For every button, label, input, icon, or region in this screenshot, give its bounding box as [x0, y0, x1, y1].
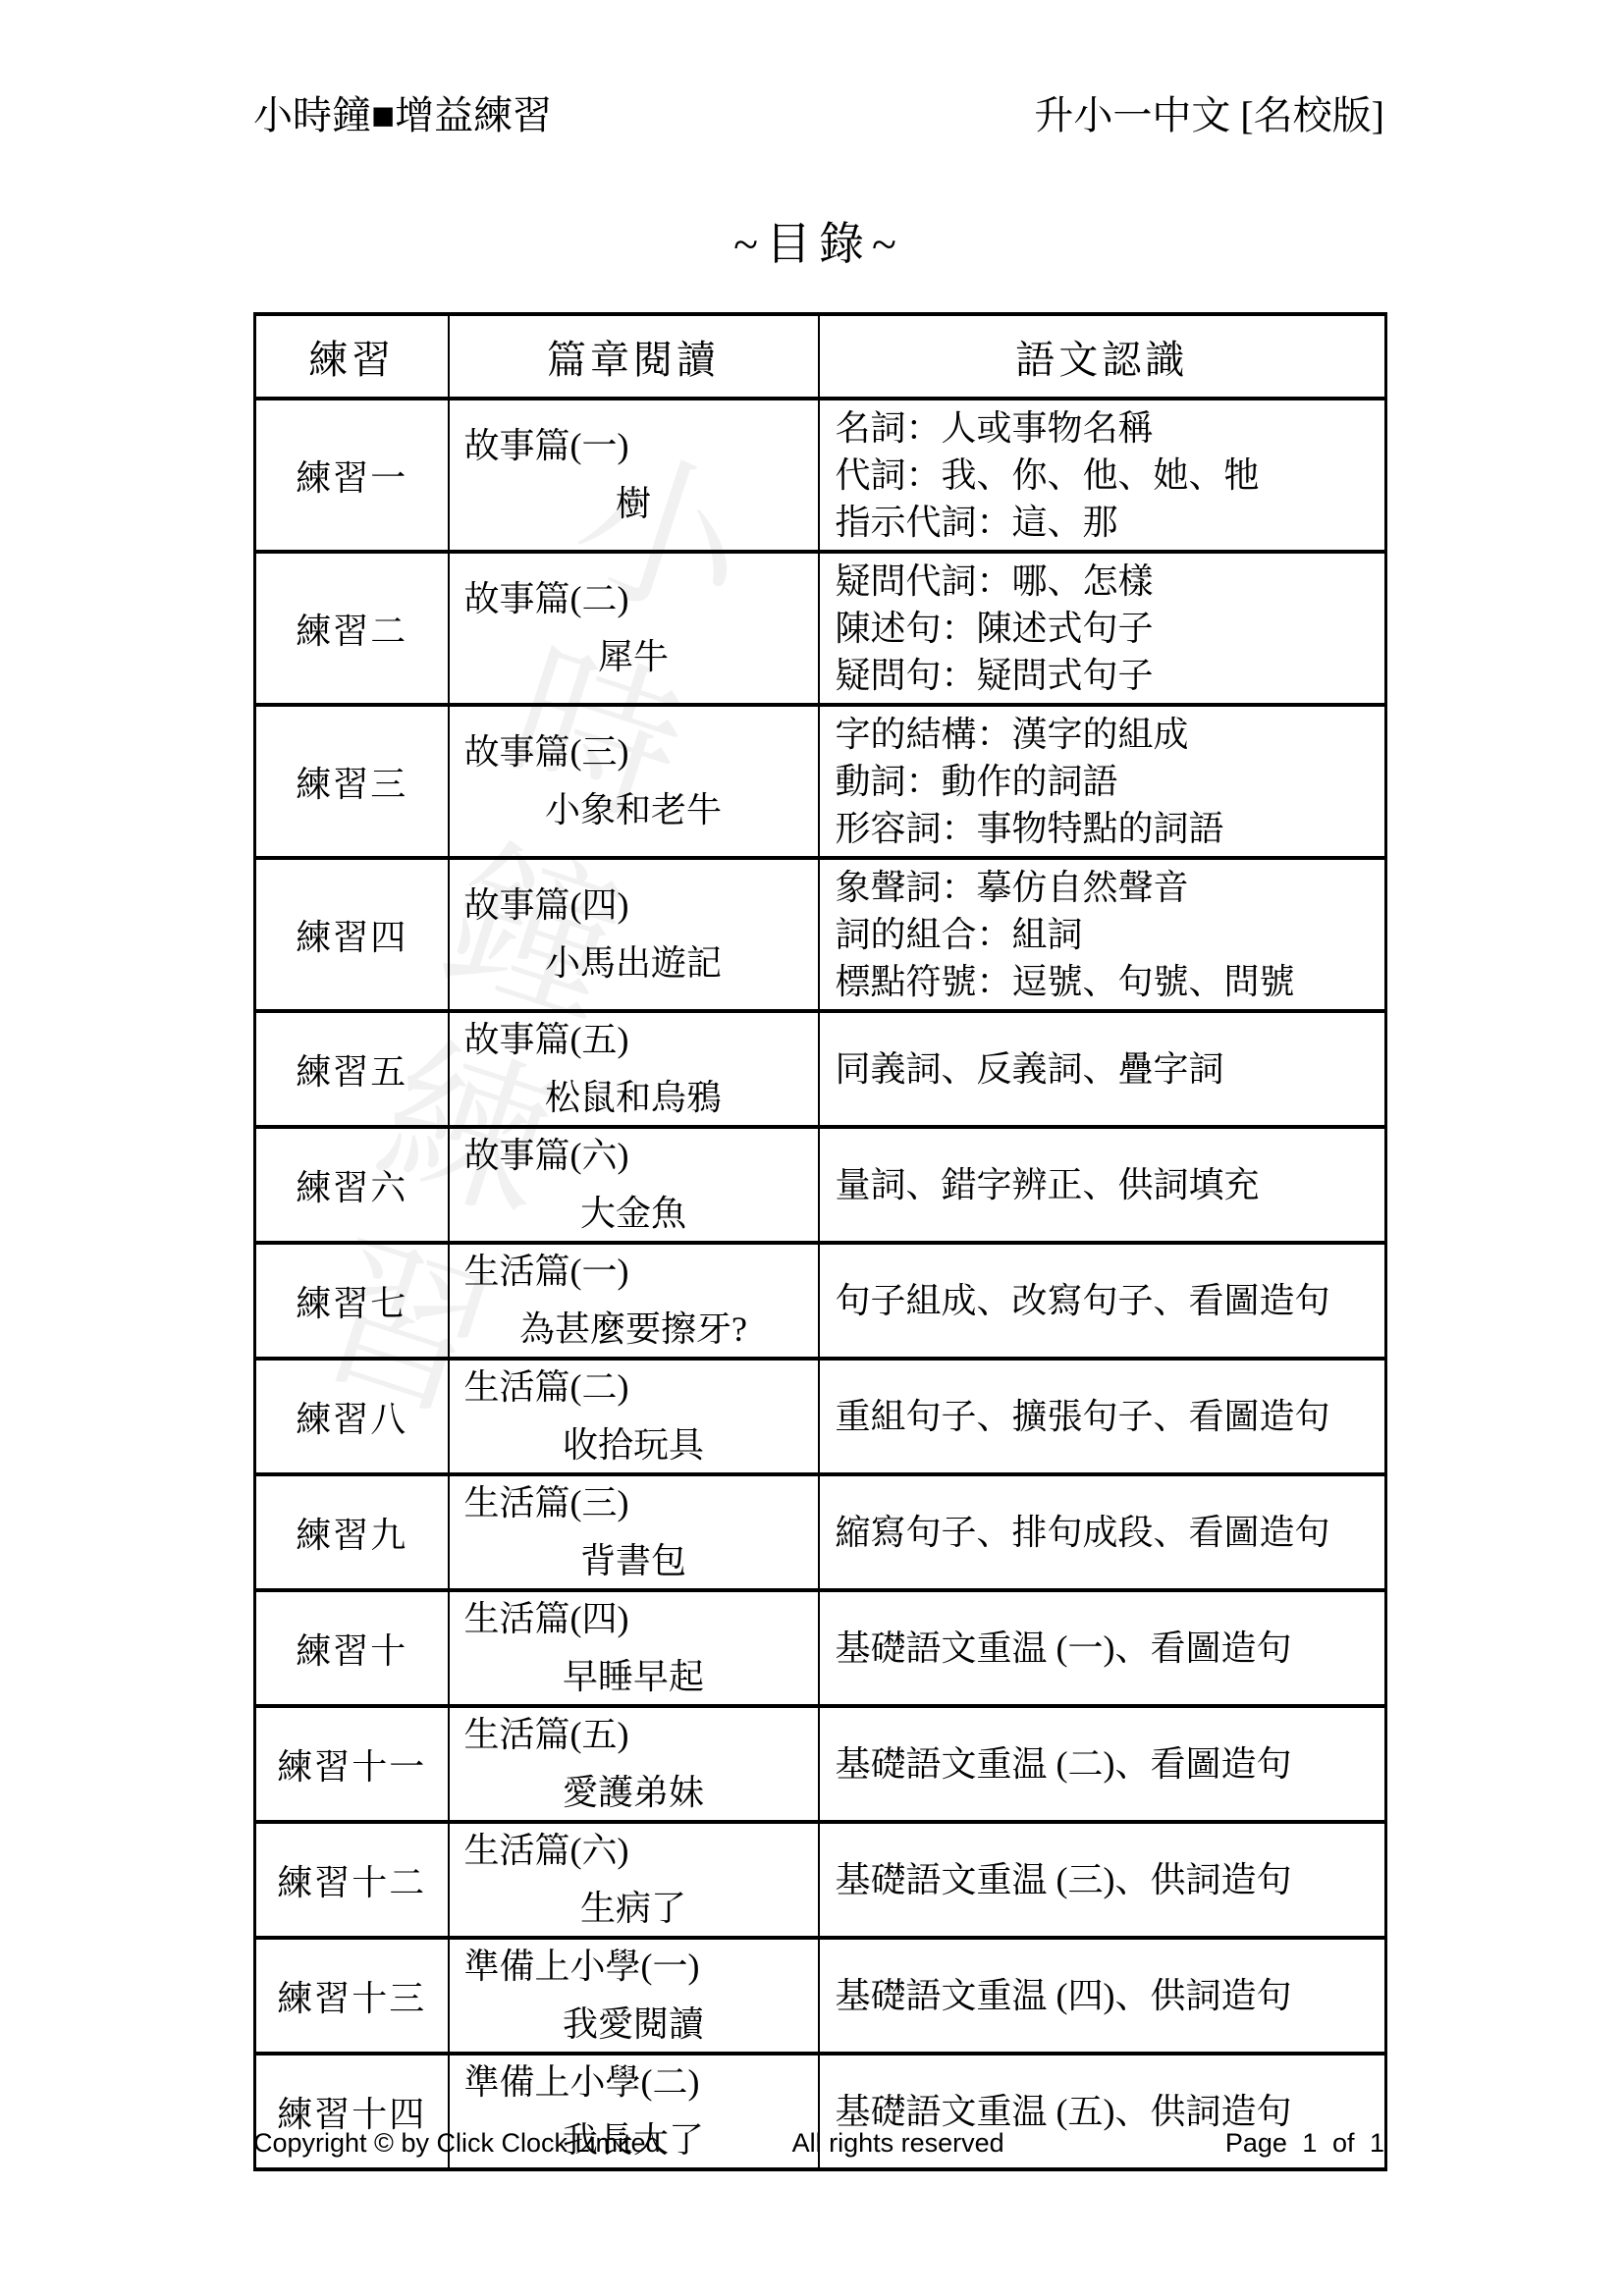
document-header: 小時鐘■增益練習 升小一中文 [名校版] — [253, 94, 1384, 137]
header-edition-title: 升小一中文 [名校版] — [1034, 94, 1384, 137]
passage-cell: 生活篇(二) 收拾玩具 — [449, 1359, 819, 1474]
passage-category: 準備上小學(二) — [451, 2061, 817, 2104]
passage-category: 生活篇(五) — [451, 1714, 817, 1756]
passage-title: 背書包 — [451, 1524, 817, 1582]
passage-title: 樹 — [451, 467, 817, 525]
exercise-label: 練習四 — [255, 858, 449, 1011]
table-row: 練習八 生活篇(二) 收拾玩具 重組句子、擴張句子、看圖造句 — [255, 1359, 1386, 1474]
language-cell: 基礎語文重温 (三)、供詞造句 — [819, 1822, 1386, 1938]
rights-text: All rights reserved — [792, 2128, 1004, 2159]
passage-title: 小馬出遊記 — [451, 927, 817, 985]
passage-category: 故事篇(四) — [451, 884, 817, 927]
table-row: 練習六 故事篇(六) 大金魚 量詞、錯字辨正、供詞填充 — [255, 1127, 1386, 1243]
passage-title: 早睡早起 — [451, 1640, 817, 1698]
passage-cell: 準備上小學(一) 我愛閱讀 — [449, 1938, 819, 2054]
copyright-text: Copyright © by Click Clock Limited — [253, 2128, 661, 2159]
passage-category: 故事篇(二) — [451, 578, 817, 620]
table-row: 練習十三 準備上小學(一) 我愛閱讀 基礎語文重温 (四)、供詞造句 — [255, 1938, 1386, 2054]
contents-table: 練習 篇章閱讀 語文認識 練習一 故事篇(一) 樹 名詞：人或事物名稱 代詞：我… — [253, 312, 1387, 2171]
passage-title: 生病了 — [451, 1872, 817, 1930]
passage-title: 我愛閱讀 — [451, 1988, 817, 2046]
passage-cell: 故事篇(二) 犀牛 — [449, 552, 819, 705]
exercise-label: 練習一 — [255, 399, 449, 552]
exercise-label: 練習十 — [255, 1590, 449, 1706]
passage-category: 故事篇(五) — [451, 1019, 817, 1061]
passage-category: 故事篇(六) — [451, 1135, 817, 1177]
exercise-label: 練習十三 — [255, 1938, 449, 2054]
passage-title: 松鼠和烏鴉 — [451, 1061, 817, 1119]
language-cell: 重組句子、擴張句子、看圖造句 — [819, 1359, 1386, 1474]
exercise-label: 練習二 — [255, 552, 449, 705]
page-number: Page 1 of 1 — [1225, 2128, 1384, 2159]
language-cell: 量詞、錯字辨正、供詞填充 — [819, 1127, 1386, 1243]
language-line: 基礎語文重温 (一)、看圖造句 — [836, 1625, 1380, 1672]
passage-cell: 生活篇(六) 生病了 — [449, 1822, 819, 1938]
language-line: 疑問代詞：哪、怎樣 — [836, 558, 1380, 605]
language-cell: 名詞：人或事物名稱 代詞：我、你、他、她、牠 指示代詞：這、那 — [819, 399, 1386, 552]
exercise-label: 練習十一 — [255, 1706, 449, 1822]
language-line: 基礎語文重温 (二)、看圖造句 — [836, 1740, 1380, 1788]
language-cell: 字的結構：漢字的組成 動詞：動作的詞語 形容詞：事物特點的詞語 — [819, 705, 1386, 858]
language-cell: 象聲詞：摹仿自然聲音 詞的組合：組詞 標點符號：逗號、句號、問號 — [819, 858, 1386, 1011]
exercise-label: 練習七 — [255, 1243, 449, 1359]
passage-title: 為甚麼要擦牙? — [451, 1293, 817, 1351]
exercise-label: 練習十二 — [255, 1822, 449, 1938]
exercise-label: 練習六 — [255, 1127, 449, 1243]
table-row: 練習九 生活篇(三) 背書包 縮寫句子、排句成段、看圖造句 — [255, 1474, 1386, 1590]
passage-cell: 故事篇(五) 松鼠和烏鴉 — [449, 1011, 819, 1127]
exercise-label: 練習五 — [255, 1011, 449, 1127]
language-line: 量詞、錯字辨正、供詞填充 — [836, 1161, 1380, 1208]
passage-cell: 故事篇(四) 小馬出遊記 — [449, 858, 819, 1011]
language-line: 基礎語文重温 (三)、供詞造句 — [836, 1856, 1380, 1903]
language-line: 重組句子、擴張句子、看圖造句 — [836, 1393, 1380, 1440]
table-row: 練習十二 生活篇(六) 生病了 基礎語文重温 (三)、供詞造句 — [255, 1822, 1386, 1938]
passage-category: 故事篇(一) — [451, 425, 817, 467]
passage-cell: 生活篇(四) 早睡早起 — [449, 1590, 819, 1706]
passage-cell: 故事篇(三) 小象和老牛 — [449, 705, 819, 858]
language-cell: 句子組成、改寫句子、看圖造句 — [819, 1243, 1386, 1359]
language-line: 同義詞、反義詞、疊字詞 — [836, 1045, 1380, 1093]
passage-cell: 故事篇(六) 大金魚 — [449, 1127, 819, 1243]
passage-category: 生活篇(四) — [451, 1598, 817, 1640]
language-line: 象聲詞：摹仿自然聲音 — [836, 864, 1380, 911]
table-row: 練習十 生活篇(四) 早睡早起 基礎語文重温 (一)、看圖造句 — [255, 1590, 1386, 1706]
table-header-row: 練習 篇章閱讀 語文認識 — [255, 314, 1386, 399]
language-cell: 基礎語文重温 (二)、看圖造句 — [819, 1706, 1386, 1822]
table-row: 練習二 故事篇(二) 犀牛 疑問代詞：哪、怎樣 陳述句：陳述式句子 疑問句：疑問… — [255, 552, 1386, 705]
language-line: 指示代詞：這、那 — [836, 499, 1380, 546]
passage-category: 生活篇(三) — [451, 1482, 817, 1524]
passage-category: 生活篇(一) — [451, 1251, 817, 1293]
exercise-label: 練習九 — [255, 1474, 449, 1590]
table-row: 練習三 故事篇(三) 小象和老牛 字的結構：漢字的組成 動詞：動作的詞語 形容詞… — [255, 705, 1386, 858]
language-line: 名詞：人或事物名稱 — [836, 404, 1380, 452]
passage-title: 收拾玩具 — [451, 1409, 817, 1467]
passage-cell: 生活篇(一) 為甚麼要擦牙? — [449, 1243, 819, 1359]
language-line: 動詞：動作的詞語 — [836, 758, 1380, 805]
language-line: 代詞：我、你、他、她、牠 — [836, 452, 1380, 499]
column-header-passage: 篇章閱讀 — [449, 314, 819, 399]
column-header-language: 語文認識 — [819, 314, 1386, 399]
language-cell: 疑問代詞：哪、怎樣 陳述句：陳述式句子 疑問句：疑問式句子 — [819, 552, 1386, 705]
language-cell: 縮寫句子、排句成段、看圖造句 — [819, 1474, 1386, 1590]
passage-cell: 生活篇(三) 背書包 — [449, 1474, 819, 1590]
passage-cell: 故事篇(一) 樹 — [449, 399, 819, 552]
language-cell: 基礎語文重温 (一)、看圖造句 — [819, 1590, 1386, 1706]
document-page: 小時鐘練習 小時鐘■增益練習 升小一中文 [名校版] ~目錄~ 練習 篇章閱讀 … — [0, 0, 1624, 2296]
header-series-title: 小時鐘■增益練習 — [253, 94, 552, 137]
language-line: 詞的組合：組詞 — [836, 911, 1380, 958]
page-title: ~目錄~ — [253, 208, 1384, 273]
table-row: 練習七 生活篇(一) 為甚麼要擦牙? 句子組成、改寫句子、看圖造句 — [255, 1243, 1386, 1359]
language-line: 疑問句：疑問式句子 — [836, 652, 1380, 699]
table-row: 練習五 故事篇(五) 松鼠和烏鴉 同義詞、反義詞、疊字詞 — [255, 1011, 1386, 1127]
language-cell: 基礎語文重温 (四)、供詞造句 — [819, 1938, 1386, 2054]
table-row: 練習四 故事篇(四) 小馬出遊記 象聲詞：摹仿自然聲音 詞的組合：組詞 標點符號… — [255, 858, 1386, 1011]
passage-category: 生活篇(二) — [451, 1366, 817, 1409]
passage-category: 生活篇(六) — [451, 1830, 817, 1872]
passage-title: 犀牛 — [451, 620, 817, 678]
language-line: 標點符號：逗號、句號、問號 — [836, 958, 1380, 1005]
language-line: 句子組成、改寫句子、看圖造句 — [836, 1277, 1380, 1324]
language-line: 字的結構：漢字的組成 — [836, 711, 1380, 758]
exercise-label: 練習三 — [255, 705, 449, 858]
passage-category: 故事篇(三) — [451, 731, 817, 774]
passage-cell: 生活篇(五) 愛護弟妹 — [449, 1706, 819, 1822]
passage-title: 小象和老牛 — [451, 774, 817, 831]
passage-title: 愛護弟妹 — [451, 1756, 817, 1814]
language-line: 縮寫句子、排句成段、看圖造句 — [836, 1509, 1380, 1556]
exercise-label: 練習八 — [255, 1359, 449, 1474]
table-row: 練習十一 生活篇(五) 愛護弟妹 基礎語文重温 (二)、看圖造句 — [255, 1706, 1386, 1822]
language-line: 陳述句：陳述式句子 — [836, 605, 1380, 652]
passage-category: 準備上小學(一) — [451, 1946, 817, 1988]
table-row: 練習一 故事篇(一) 樹 名詞：人或事物名稱 代詞：我、你、他、她、牠 指示代詞… — [255, 399, 1386, 552]
column-header-exercise: 練習 — [255, 314, 449, 399]
passage-title: 大金魚 — [451, 1177, 817, 1235]
language-line: 形容詞：事物特點的詞語 — [836, 805, 1380, 852]
language-line: 基礎語文重温 (四)、供詞造句 — [836, 1972, 1380, 2019]
language-cell: 同義詞、反義詞、疊字詞 — [819, 1011, 1386, 1127]
